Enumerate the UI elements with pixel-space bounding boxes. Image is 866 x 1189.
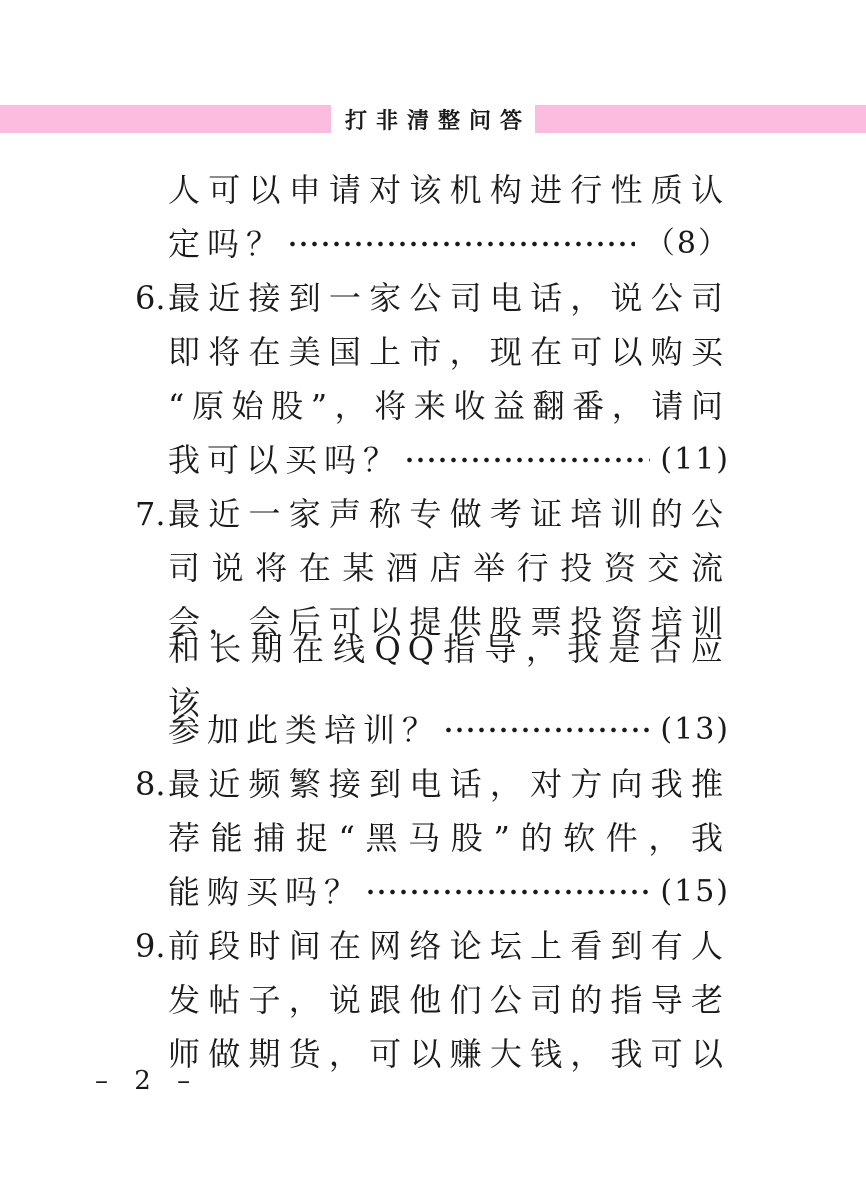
- entry-text: 司说将在某酒店举行投资交流: [168, 541, 730, 595]
- toc-line: 6. 最近接到一家公司电话，说公司: [135, 271, 730, 325]
- dotted-leader: [365, 865, 650, 919]
- entry-number: 8.: [135, 757, 168, 811]
- dotted-leader: [287, 217, 635, 271]
- entry-text: 师做期货，可以赚大钱，我可以: [168, 1027, 730, 1081]
- header-bar-right: [535, 105, 866, 133]
- toc-line: 7. 最近一家声称专做考证培训的公: [135, 487, 730, 541]
- entry-text: 最近接到一家公司电话，说公司: [168, 271, 730, 325]
- entry-number: 6.: [135, 271, 168, 325]
- running-head: 打非清整问答: [0, 105, 866, 133]
- toc-line: 定吗？ （8）: [135, 217, 730, 271]
- entry-text: 荐能捕捉“黑马股”的软件，我: [168, 811, 730, 865]
- book-page: 打非清整问答 人可以申请对该机构进行性质认 定吗？ （8） 6. 最近接到一家公…: [0, 0, 866, 1189]
- entry-text: 能购买吗？: [168, 865, 363, 919]
- page-ref: (15): [660, 865, 730, 919]
- entry-text: 最近一家声称专做考证培训的公: [168, 487, 730, 541]
- toc-line: 即将在美国上市，现在可以购买: [135, 325, 730, 379]
- entry-text: 我可以买吗？: [168, 433, 402, 487]
- entry-text: 人可以申请对该机构进行性质认: [168, 163, 730, 217]
- dotted-leader: [443, 703, 650, 757]
- entry-text: 发帖子，说跟他们公司的指导老: [168, 973, 730, 1027]
- running-head-title: 打非清整问答: [331, 104, 535, 135]
- toc-line: 参加此类培训？ (13): [135, 703, 730, 757]
- toc-line: 和长期在线QQ指导，我是否应该: [135, 649, 730, 703]
- toc-line: 能购买吗？ (15): [135, 865, 730, 919]
- page-ref: (11): [660, 433, 730, 487]
- entry-text: 定吗？: [168, 217, 285, 271]
- dotted-leader: [404, 433, 650, 487]
- entry-text: “原始股”，将来收益翻番，请问: [168, 379, 730, 433]
- entry-text: 参加此类培训？: [168, 703, 441, 757]
- entry-number: 7.: [135, 487, 168, 541]
- page-ref: （8）: [645, 217, 730, 271]
- toc-line: 荐能捕捉“黑马股”的软件，我: [135, 811, 730, 865]
- page-ref: (13): [660, 703, 730, 757]
- toc-line: 9. 前段时间在网络论坛上看到有人: [135, 919, 730, 973]
- entry-text: 最近频繁接到电话，对方向我推: [168, 757, 730, 811]
- toc-line: 司说将在某酒店举行投资交流: [135, 541, 730, 595]
- toc-line: 发帖子，说跟他们公司的指导老: [135, 973, 730, 1027]
- toc-line: 8. 最近频繁接到电话，对方向我推: [135, 757, 730, 811]
- toc-line: 师做期货，可以赚大钱，我可以: [135, 1027, 730, 1081]
- entry-text: 前段时间在网络论坛上看到有人: [168, 919, 730, 973]
- header-bar-left: [0, 105, 331, 133]
- toc-list: 人可以申请对该机构进行性质认 定吗？ （8） 6. 最近接到一家公司电话，说公司…: [135, 163, 730, 1081]
- toc-line: 我可以买吗？ (11): [135, 433, 730, 487]
- footer-page-number: – 2 –: [95, 1066, 199, 1096]
- entry-number: 9.: [135, 919, 168, 973]
- entry-text: 即将在美国上市，现在可以购买: [168, 325, 730, 379]
- toc-line: “原始股”，将来收益翻番，请问: [135, 379, 730, 433]
- toc-line: 人可以申请对该机构进行性质认: [135, 163, 730, 217]
